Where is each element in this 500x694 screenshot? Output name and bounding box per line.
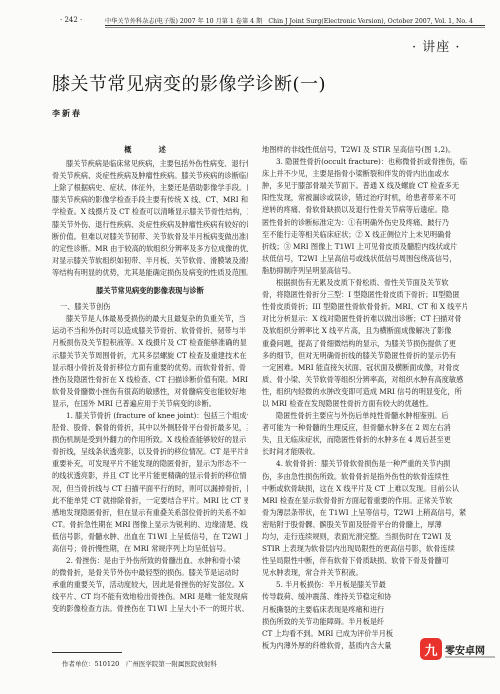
text-line: CT。骨折急性期在 MRI 图像上显示为锐利的、边缘清楚、线状 [52,519,248,531]
text-line: 对显示膝关节软组织如韧带、半月板、关节软骨、滑膜皱及滑膜囊 [52,255,248,267]
subsection-heading: 一、膝关节创伤 [52,301,248,313]
text-line: 3. 隐匿性骨折(occult fracture)：也称微骨折或骨挫伤，临 [262,156,467,168]
text-line: 及软组织分辨率比 X 线平片高，且为横断面成像解决了影像 [262,325,467,337]
section-heading: 膝关节常见病变的影像表现与诊断 [52,285,248,297]
text-line: 学检查。X 线摄片及 CT 检查可以清晰显示膝关节骨性结构，对于 [52,206,248,218]
text-line: 膝关节外伤、退行性疾病、炎症性疾病及肿瘤性疾病有较好的诊 [52,219,248,231]
text-line: 性骨皮质骨折；III 型隐匿性骨软骨骨折。MRI、CT 和 X 线平片 [262,301,467,313]
text-line: 5. 半月板损伤：半月板是膝关节最 [262,579,467,591]
text-line: 低信号影，骨髓水肿、出血在 T1WI 上呈低信号，在 T2WI 上呈 [52,531,248,543]
cartilage-paragraph: 4. 软骨骨折：膝关节骨软骨损伤是一种严重的关节内损伤，多由急性损伤所致。软骨骨… [262,458,467,579]
text-line: 对比分析显示：X 线对隐匿性骨折难以做出诊断；CT 扫描对骨 [262,313,467,325]
bone-bruise-paragraph: 2. 骨挫伤：是由于外伤所致的骨髓出血、水肿和骨小梁的微骨折，是骨关节外伤中最轻… [52,555,248,615]
text-line: 断价值。但难以对膝关节韧带、关节软骨及半月板病变做出准确 [52,231,248,243]
text-line: 线平片、CT 均不能有效地检出骨挫伤。MRI 是唯一能发现病 [52,591,248,603]
left-column: 概 述 膝关节疾病是临床常见疾病，主要包括外伤性病变、退行性骨关节疾病、炎症性疾… [52,144,248,616]
text-line: 2. 骨挫伤：是由于外伤所致的骨髓出血、水肿和骨小梁 [52,555,248,567]
footnote-affiliation: 作者单位：510120 广州医学院第一附属医院放射科 [62,659,217,668]
text-line: 中断或软骨缺损，这在 X 线平片及 CT 上难以发现。目前公认 [262,483,467,495]
text-line: 折线；③ MRI 图像上 T1WI 上可见骨皮质及髓腔内线状或片 [262,241,467,253]
article-author: 李新春 [52,108,82,119]
abstract-paragraph: 膝关节疾病是临床常见疾病，主要包括外伤性病变、退行性骨关节疾病、炎症性疾病及肿瘤… [52,158,248,279]
text-line: 胫骨、股骨、髌骨的骨折，其中以外侧胫骨平台骨折最多见，其 [52,422,248,434]
occult-fracture-paragraph: 3. 隐匿性骨折(occult fracture)：也称微骨折或骨挫伤，临床上并… [262,156,467,277]
watermark: 九 零安卓网 [420,634,500,664]
text-line: 况，但当骨折线与 CT 扫描平面平行的时，则可以漏掉骨折，因 [52,483,248,495]
article-title: 膝关节常见病变的影像学诊断(一) [52,70,326,96]
text-line: 显示细小骨折及骨折移位方面有重要的优势。而软骨骨折、骨 [52,362,248,374]
text-line: 性，组织内轻微的水肿改变即可造成 MRI 信号的明显变化，所 [262,386,467,398]
text-line: 运动不当和外伤时可以造成膝关节骨折、软骨骨折、韧带与半 [52,325,248,337]
text-line: 脂肪抑制序列呈明显高信号。 [262,265,467,277]
text-line: 多的细节，但对无明确骨折线的膝关节隐匿性骨折的显示仍有 [262,350,467,362]
text-line: 高信号；骨折慢性期，在 MRI 常规序列上均呈低信号。 [52,543,248,555]
text-line: 性呈局限性中断，伴有软骨下骨质缺损、软骨下骨及骨髓可 [262,555,467,567]
text-line: 此不能单凭 CT 就排除骨折，一定要结合平片。MRI 比 CT 更敏 [52,495,248,507]
fracture-paragraph: 1. 膝关节骨折 (fracture of knee joint)：包括三个组成… [52,410,248,555]
watermark-text: 零安卓网 [445,642,485,657]
differential-paragraph: 隐匿性骨折主要应与外伤后单纯性骨髓水肿相鉴别。后者可能为一种骨髓的生理反应，但骨… [262,410,467,458]
text-line: 阳性发现，常被漏诊或误诊，错过治疗时机，给患者带来不可 [262,192,467,204]
text-line: 变的影像检查方法。骨挫伤在 T1WI 上呈大小不一的斑片状、 [52,603,248,615]
text-line: 的微骨折，是骨关节外伤中最轻型的损伤。膝关节是运动时 [52,567,248,579]
abstract-heading: 概 述 [52,144,248,156]
right-column: 地图样的非线性低信号，T2WI 及 STIR 呈高信号(图 1,2)。 3. 隐… [262,144,467,652]
text-line: MRI 检查在显示软骨骨折方面起着重要的作用。正常关节软 [262,495,467,507]
text-line: 上除了根据病史、症状、体征外，主要还是借助影像学手段。目前， [52,182,248,194]
text-line: 失，且无临床症状，而隐匿性骨折的水肿多在 4 周后甚至更 [262,434,467,446]
header-rule [105,25,485,26]
text-line: 4. 软骨骨折：膝关节骨软骨损伤是一种严重的关节内损 [262,458,467,470]
header-rule-secondary [105,27,485,28]
trauma-paragraph: 膝关节是人体最易受损伤的最大且最复杂的负重关节，当运动不当和外伤时可以造成膝关节… [52,313,248,410]
text-line: 等结构有明显的优势，尤其是能确定损伤及病变的性质及范围。 [52,267,248,279]
text-line: 地图样的非线性低信号，T2WI 及 STIR 呈高信号(图 1,2)。 [262,144,467,156]
text-line: 膝关节是人体最易受损伤的最大且最复杂的负重关节，当 [52,313,248,325]
text-line: 均匀，走行连续规则，表面光滑完整。当损伤时在 T2WI 及 [262,531,467,543]
text-line: 显示，在国外 MRI 已普遍应用于关节病变的诊断。 [52,398,248,410]
text-line: 至不能行走等相关临床症状；② X 线正侧位片上未见明确骨 [262,229,467,241]
text-line: 骨折线，呈线条状透亮影，以及骨折的移位情况。CT 是平片的 [52,446,248,458]
text-line: 膝关节疾病是临床常见疾病，主要包括外伤性病变、退行性 [52,158,248,170]
text-line: 的线状透亮影，并且 CT 比平片能更精确的显示骨折的移位情 [52,470,248,482]
footnote-rule [52,652,122,653]
text-line: 感地发现隐匿骨折，但在显示有重叠关系部位骨折的关系不如 [52,507,248,519]
text-line: 伤，多由急性损伤所致。软骨骨折是指外伤性的软骨连续性 [262,471,467,483]
text-line: 软骨及骨髓微小挫伤有很高的敏感性，对骨髓病变也能较好地 [52,386,248,398]
text-line: 传导载荷、缓冲震荡、维持关节稳定和协 [262,591,467,603]
text-line: 以 MRI 检查在发现隐匿性骨折方面有较大的优越性。 [262,398,467,410]
watermark-logo-icon: 九 [420,638,442,660]
section-label: · 讲座 · [412,36,461,55]
text-line: 逆转的疼痛、骨软骨缺损以及退行性骨关节病等后遗症。隐 [262,204,467,216]
text-line: 根据损伤有无累及皮质下骨松质、骨性关节面及关节软 [262,277,467,289]
text-line: 重叠问题，提高了骨细微结构的显示，为膝关节损伤提供了更 [262,338,467,350]
text-line: 骨关节疾病、炎症性疾病及肿瘤性疾病。膝关节疾病的诊断临床 [52,170,248,182]
classification-paragraph: 根据损伤有无累及皮质下骨松质、骨性关节面及关节软骨，将隐匿性骨折分三型：I 型隐… [262,277,467,410]
text-line: 隐匿性骨折主要应与外伤后单纯性骨髓水肿相鉴别。后 [262,410,467,422]
text-line: 长时间才能吸收。 [262,446,467,458]
running-head: 中华关节外科杂志(电子版) 2007 年 10 月第 1 卷第 4 期 Chin… [105,16,485,25]
text-line: 损伤机制是受到外翻力的作用所致。X 线检查能够较好的显示 [52,434,248,446]
text-line: 损伤所致的关节功能障碍。半月板是纤 [262,616,467,628]
page-number: · 242 · [60,16,82,24]
text-line: STIR 上表现为软骨层内出现局限性的更高信号影，软骨连续 [262,543,467,555]
text-line: 月板损伤及关节腔积液等。X 线摄片及 CT 检查能够准确的显 [52,337,248,349]
text-line: 一定困难。MRI 能直接矢状面、冠状面及横断面成像，对骨皮 [262,362,467,374]
text-line: 密贴附于股骨髁、髌股关节面及胫骨平台的骨髓上，厚薄 [262,519,467,531]
text-line: 示膝关节关节周围骨折，尤其多层螺旋 CT 检查及重建技术在 [52,350,248,362]
text-line: 承重的重要关节，活动度较大，因此是骨挫伤的好发部位。X [52,579,248,591]
text-line: 重要补充，可发现平片不能发现的隐匿骨折，显示为形态不一 [52,458,248,470]
text-line: 肿，多见于膝部骨端关节面下。普通 X 线及螺旋 CT 检查多无 [262,180,467,192]
text-line: 匿性骨折的诊断标准定为：①有明确外伤史及疼痛、跛行乃 [262,217,467,229]
text-line: 质、骨小梁、关节软骨等组织分辨率高，对组织水肿有高度敏感 [262,374,467,386]
text-line: 状低信号，T2WI 上呈高信号或线状低信号周围包绕高信号， [262,253,467,265]
text-line: 骨，将隐匿性骨折分三型：I 型隐匿性骨皮质下骨折；II型隐匿 [262,289,467,301]
watermark-underline [445,656,495,658]
text-line: 月板撕裂的主要临床表现是疼痛和进行 [262,604,467,616]
text-line: 见水肿表现，常合并关节积液。 [262,567,467,579]
text-line: 者可能为一种骨髓的生理反应，但骨髓水肿多在 2 周左右消 [262,422,467,434]
text-line: 挫伤及隐匿性骨折在 X 线检查、CT 扫描诊断价值有限。MRI 对 [52,374,248,386]
text-line: 膝关节疾病的影像学检查手段主要有传统 X 线、CT、MRI 和核医 [52,194,248,206]
text-line: 床上并不少见，主要是指骨小梁断裂和伴发的骨内出血或水 [262,168,467,180]
text-line: 的定性诊断。MR 由于较高的软组织分辨率及多方位成像的优点， [52,243,248,255]
continued-paragraph: 地图样的非线性低信号，T2WI 及 STIR 呈高信号(图 1,2)。 [262,144,467,156]
text-line: 骨为薄层条带状，在 T1WI 上呈等信号，T2WI 上稍高信号，紧 [262,507,467,519]
text-line: 1. 膝关节骨折 (fracture of knee joint)：包括三个组成… [52,410,248,422]
